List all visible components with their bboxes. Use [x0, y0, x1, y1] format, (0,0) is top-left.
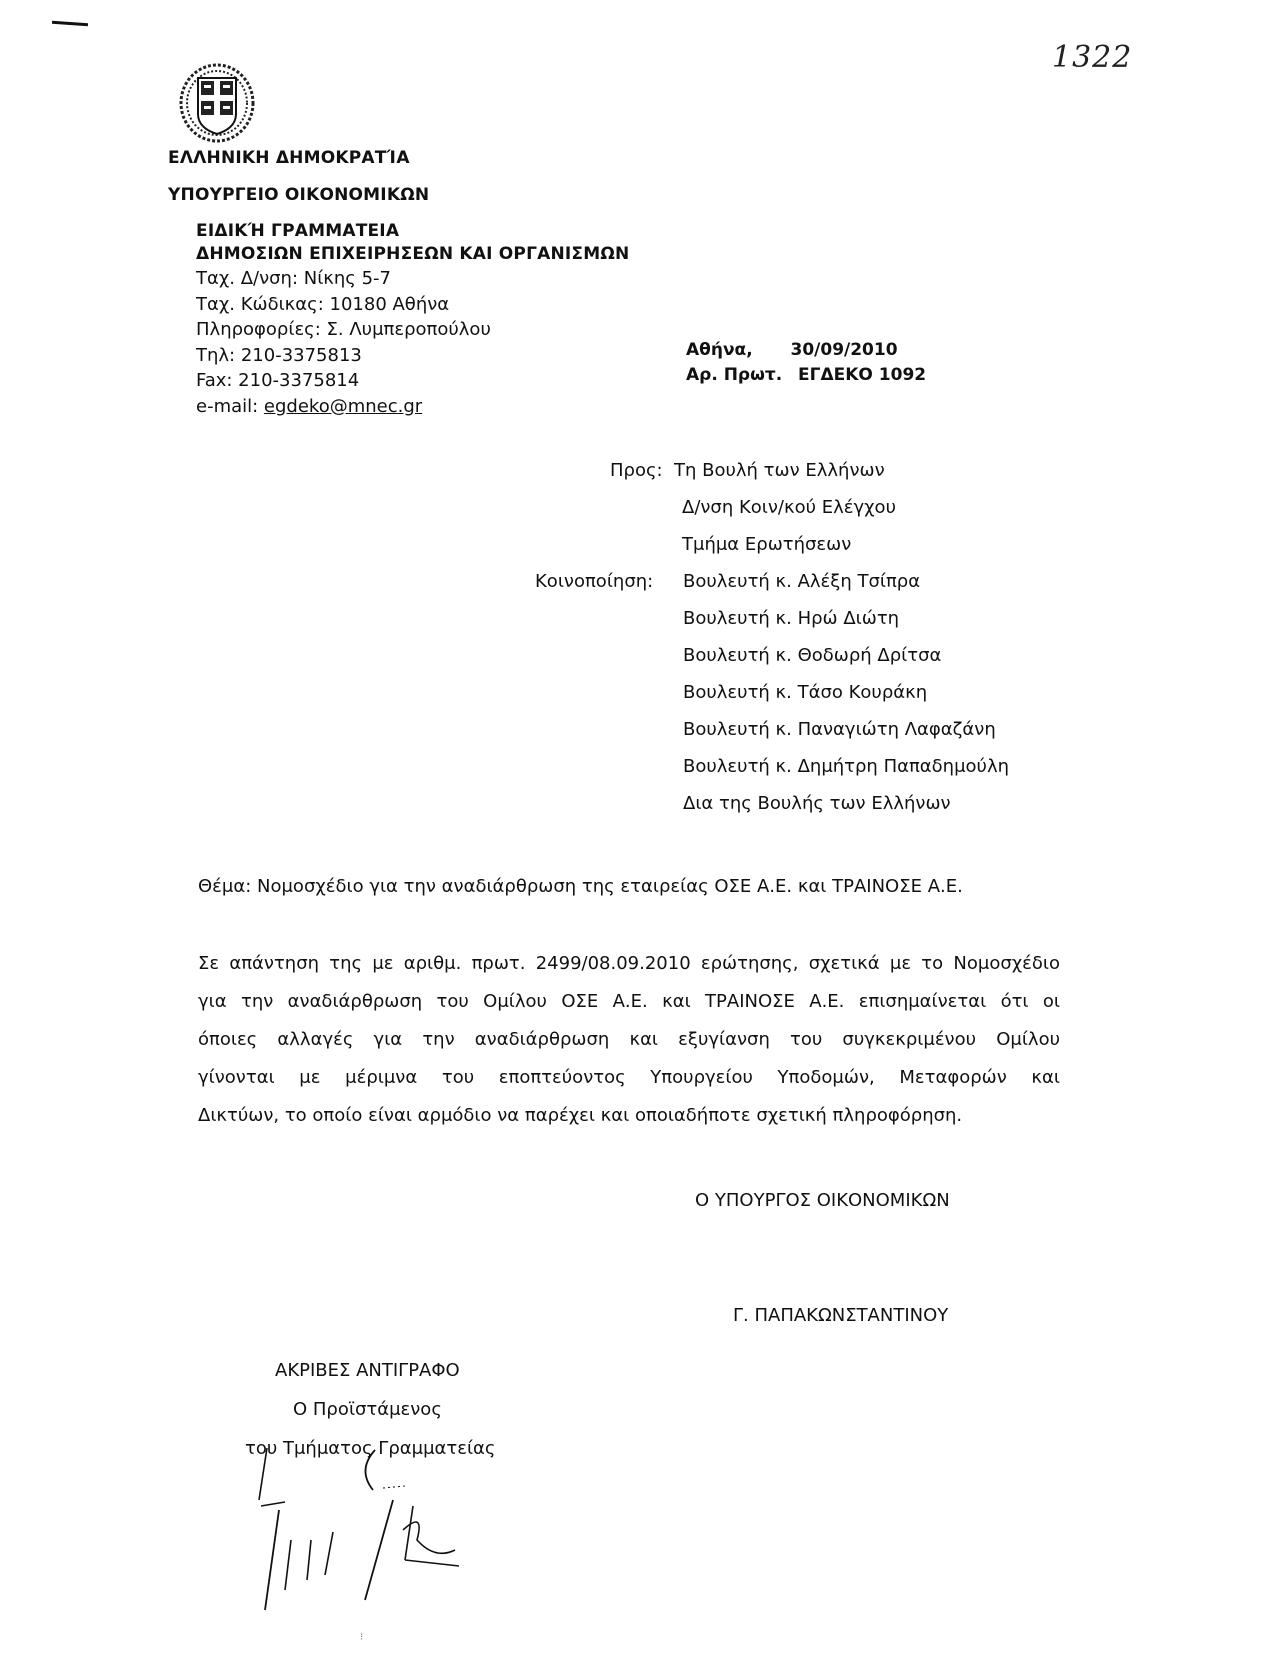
page-number: 1322: [1052, 40, 1132, 75]
body-paragraph: Σε απάντηση της με αριθμ. πρωτ. 2499/08.…: [198, 945, 1060, 1135]
letterhead-secretariat: ΕΙΔΙΚΉ ΓΡΑΜΜΑΤΕΙΑ: [196, 221, 399, 241]
letterhead-department: ΔΗΜΟΣΙΩΝ ΕΠΙΧΕΙΡΗΣΕΩΝ ΚΑΙ ΟΡΓΑΝΙΣΜΩΝ: [196, 244, 629, 264]
cc-recipient-7: Δια της Βουλής των Ελλήνων: [683, 793, 951, 814]
certification-title: ΑΚΡΙΒΕΣ ΑΝΤΙΓΡΑΦΟ: [275, 1360, 460, 1381]
subject-line: Θέμα: Νομοσχέδιο για την αναδιάρθρωση τη…: [198, 876, 963, 897]
email-link[interactable]: egdeko@mnec.gr: [264, 396, 422, 417]
cc-recipient-2: Βουλευτή κ. Ηρώ Διώτη: [683, 608, 899, 629]
letterhead-country: ΕΛΛΗΝΙΚΗ ΔΗΜΟΚΡΑΤΊΑ: [168, 148, 410, 168]
body-line-5: Δικτύων, το οποίο είναι αρμόδιο να παρέχ…: [198, 1097, 1060, 1135]
body-line-4: γίνονται με μέριμνα του εποπτεύοντος Υπο…: [198, 1059, 1060, 1097]
cc-recipient-6: Βουλευτή κ. Δημήτρη Παπαδημούλη: [683, 756, 1009, 777]
reference-date: 30/09/2010: [791, 340, 898, 360]
to-recipient-3: Τμήμα Ερωτήσεων: [682, 534, 851, 555]
body-line-2: για την αναδιάρθρωση του Ομίλου ΟΣΕ Α.Ε.…: [198, 983, 1060, 1021]
address-info-contact: Πληροφορίες: Σ. Λυμπεροπούλου: [196, 317, 491, 343]
scan-speck: ⁝: [360, 1632, 363, 1643]
address-email-row: e-mail: egdeko@mnec.gr: [196, 394, 491, 420]
cc-recipient-5: Βουλευτή κ. Παναγιώτη Λαφαζάνη: [683, 719, 996, 740]
signatory-name: Γ. ΠΑΠΑΚΩΝΣΤΑΝΤΙΝΟΥ: [733, 1305, 948, 1326]
body-line-1: Σε απάντηση της με αριθμ. πρωτ. 2499/08.…: [198, 945, 1060, 983]
cc-recipient-3: Βουλευτή κ. Θοδωρή Δρίτσα: [683, 645, 941, 666]
certification-role: Ο Προϊστάμενος: [293, 1399, 442, 1420]
protocol-label: Αρ. Πρωτ.: [686, 365, 782, 385]
address-street: Ταχ. Δ/νση: Νίκης 5-7: [196, 266, 491, 292]
address-postcode: Ταχ. Κώδικας: 10180 Αθήνα: [196, 292, 491, 318]
reference-block: Αθήνα, 30/09/2010 Αρ. Πρωτ. ΕΓΔΕΚΟ 1092: [686, 340, 926, 385]
body-line-3: όποιες αλλαγές για την αναδιάρθρωση και …: [198, 1021, 1060, 1059]
address-phone: Τηλ: 210-3375813: [196, 343, 491, 369]
cc-recipient-4: Βουλευτή κ. Τάσο Κουράκη: [683, 682, 927, 703]
greek-coat-of-arms-icon: [178, 62, 256, 144]
to-label: Προς:: [610, 460, 663, 481]
scan-mark: [52, 21, 88, 27]
handwritten-signature-icon: [255, 1440, 485, 1620]
to-recipient-2: Δ/νση Κοιν/κού Ελέγχου: [682, 497, 896, 518]
reference-place: Αθήνα,: [686, 340, 753, 360]
to-recipient-1: Τη Βουλή των Ελλήνων: [674, 460, 885, 481]
protocol-number: ΕΓΔΕΚΟ 1092: [798, 365, 926, 385]
cc-recipient-1: Βουλευτή κ. Αλέξη Τσίπρα: [683, 571, 920, 592]
signatory-title: Ο ΥΠΟΥΡΓΟΣ ΟΙΚΟΝΟΜΙΚΩΝ: [695, 1190, 950, 1211]
cc-label: Κοινοποίηση:: [535, 571, 653, 592]
address-fax: Fax: 210-3375814: [196, 368, 491, 394]
letterhead-ministry: ΥΠΟΥΡΓΕΙΟ ΟΙΚΟΝΟΜΙΚΩΝ: [168, 185, 429, 205]
letterhead-address-block: Ταχ. Δ/νση: Νίκης 5-7 Ταχ. Κώδικας: 1018…: [196, 266, 491, 419]
email-label: e-mail:: [196, 396, 264, 417]
